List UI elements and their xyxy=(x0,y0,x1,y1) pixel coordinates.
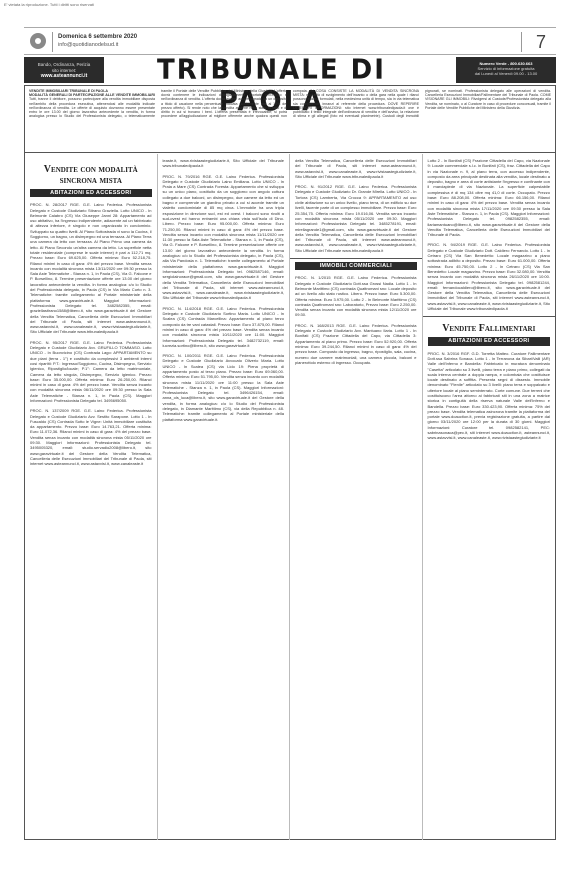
listing-entry: PROC. N. 28/2017 RGE. G.E. Laino Federic… xyxy=(30,202,152,334)
masthead-right-line3: dal Lunedì al Venerdì 09.00 - 13.00 xyxy=(456,71,556,76)
listing-entry: PROC. N. 1/2015 RGE. G.E. Laino Federica… xyxy=(295,275,417,317)
masthead-right-box: Numero Verde - 800.630.663 Servizio di i… xyxy=(456,57,556,83)
columns: Vendite con modalità sincrona mista ABIT… xyxy=(25,154,555,840)
column-1: Vendite con modalità sincrona mista ABIT… xyxy=(25,154,158,840)
divider xyxy=(52,32,53,52)
column-4: Lotto 2 - In Bonifati (CS) Frazione Citt… xyxy=(423,154,556,840)
listing-entry: leaste.it, www.rivistaastegiudiziarie.it… xyxy=(163,158,285,169)
column-3: della Vendita Telematica, Cancelleria de… xyxy=(290,154,423,840)
issue-date: Domenica 6 settembre 2020 xyxy=(58,34,137,40)
section-title: Vendite con modalità sincrona mista xyxy=(30,164,152,186)
listing-entry: PROC. N. 168/2013 RGE. G.E. Laino Federi… xyxy=(295,323,417,365)
page-header: Domenica 6 settembre 2020 info@quotidian… xyxy=(24,27,556,55)
section-subtitle: ABITAZIONI ED ACCESSORI xyxy=(30,189,152,197)
listing-entry: PROC. N. 137/2009 RGE. G.E. Laino Federi… xyxy=(30,408,152,466)
listing-entry: PROC. N. 91/2012 RGE. G.E. Laino Federic… xyxy=(295,184,417,253)
divider xyxy=(423,316,556,317)
listing-entry: PROC. N. 79/2016 RGE. G.E. Laino Federic… xyxy=(163,174,285,301)
masthead: Bando, Ordinanza, Perizia sito internet:… xyxy=(24,57,556,83)
masthead-left-box: Bando, Ordinanza, Perizia sito internet:… xyxy=(24,57,104,83)
divider xyxy=(290,258,422,259)
column-2: leaste.it, www.rivistaastegiudiziarie.it… xyxy=(158,154,291,840)
general-terms-box: VENDITE IMMOBILIARI TRIBUNALE DI PAOLA M… xyxy=(25,86,555,153)
contact-email[interactable]: info@quotidianodelsud.it xyxy=(58,42,118,48)
copyright-notice: E' vietata la riproduzione. Tutti i diri… xyxy=(4,2,94,7)
section-subtitle: ABITAZIONI ED ACCESSORI xyxy=(428,337,551,345)
section-title: Vendite Fallimentari xyxy=(428,323,551,334)
newspaper-logo-icon xyxy=(30,33,46,49)
listing-entry: PROC. N. 94/2019 RGE. G.E. Laino Federic… xyxy=(428,242,551,311)
listing-entry: della Vendita Telematica, Cancelleria de… xyxy=(295,158,417,179)
listing-entry: PROC. N. 95/2017 RGE. G.E. Laino Federic… xyxy=(30,340,152,404)
listing-entry: Lotto 2 - In Bonifati (CS) Frazione Citt… xyxy=(428,158,551,237)
listing-entry: PROC. N. 114/2018 RGE. G.E. Laino Federi… xyxy=(163,306,285,348)
listing-entry: PROC. N. 3/2016 RGF. G.D. Torretta Matte… xyxy=(428,351,551,441)
divider xyxy=(521,32,522,52)
announcements-frame: VENDITE IMMOBILIARI TRIBUNALE DI PAOLA M… xyxy=(24,85,556,840)
section-subtitle: IMMOBILI COMMERCIALI xyxy=(295,262,417,270)
listing-entry: PROC. N. 100/2011 RGE. G.E. Laino Federi… xyxy=(163,353,285,422)
masthead-website-link[interactable]: www.asteannunci.it xyxy=(41,73,88,79)
page-number: 7 xyxy=(536,32,546,53)
